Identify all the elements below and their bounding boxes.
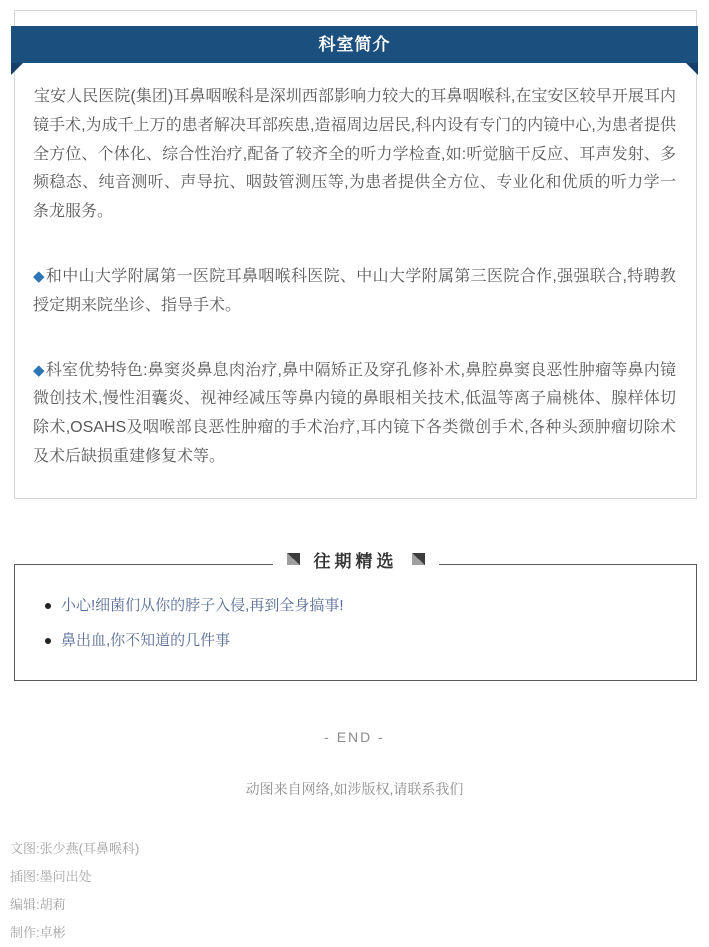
copyright-disclaimer: 动图来自网络,如涉版权,请联系我们: [0, 779, 709, 799]
intro-paragraph-text: 科室优势特色:鼻窦炎鼻息肉治疗,鼻中隔矫正及穿孔修补术,鼻腔鼻窦良恶性肿瘤等鼻内…: [33, 362, 676, 465]
department-intro-box: 科室简介 宝安人民医院(集团)耳鼻咽喉科是深圳西部影响力较大的耳鼻咽喉科,在宝安…: [14, 10, 697, 499]
section-banner: 科室简介: [11, 26, 698, 63]
square-decoration-icon: [287, 553, 300, 565]
ribbon-fold-right-icon: [686, 63, 698, 75]
credit-line: 制作:卓彬: [10, 919, 709, 947]
diamond-icon: ◆: [33, 362, 45, 379]
ribbon-fold-left-icon: [11, 63, 23, 75]
list-item: 鼻出血,你不知道的几件事: [43, 629, 696, 653]
credit-line: 编辑:胡莉: [10, 891, 709, 919]
intro-paragraph: 宝安人民医院(集团)耳鼻咽喉科是深圳西部影响力较大的耳鼻咽喉科,在宝安区较早开展…: [33, 83, 676, 227]
list-item: 小心!细菌们从你的脖子入侵,再到全身搞事!: [43, 594, 696, 618]
square-decoration-icon: [412, 553, 425, 565]
intro-paragraph-text: 宝安人民医院(集团)耳鼻咽喉科是深圳西部影响力较大的耳鼻咽喉科,在宝安区较早开展…: [33, 88, 676, 220]
diamond-icon: ◆: [33, 268, 45, 285]
past-selection-list: 小心!细菌们从你的脖子入侵,再到全身搞事! 鼻出血,你不知道的几件事: [43, 594, 696, 653]
intro-paragraph: ◆科室优势特色:鼻窦炎鼻息肉治疗,鼻中隔矫正及穿孔修补术,鼻腔鼻窦良恶性肿瘤等鼻…: [33, 357, 676, 480]
article-link[interactable]: 鼻出血,你不知道的几件事: [61, 632, 230, 649]
past-selection-box: 往期精选 小心!细菌们从你的脖子入侵,再到全身搞事! 鼻出血,你不知道的几件事: [14, 564, 697, 681]
past-selection-header: 往期精选: [273, 547, 439, 572]
end-mark: - END -: [0, 729, 709, 745]
intro-paragraph-text: 和中山大学附属第一医院耳鼻咽喉科医院、中山大学附属第三医院合作,强强联合,特聘教…: [33, 268, 676, 314]
credit-line: 文图:张少燕(耳鼻喉科): [10, 835, 709, 863]
past-selection-title: 往期精选: [314, 547, 398, 572]
banner-title: 科室简介: [11, 26, 698, 63]
intro-paragraph: ◆和中山大学附属第一医院耳鼻咽喉科医院、中山大学附属第三医院合作,强强联合,特聘…: [33, 263, 676, 321]
article-link[interactable]: 小心!细菌们从你的脖子入侵,再到全身搞事!: [61, 597, 344, 614]
credit-line: 插图:墨问出处: [10, 863, 709, 891]
